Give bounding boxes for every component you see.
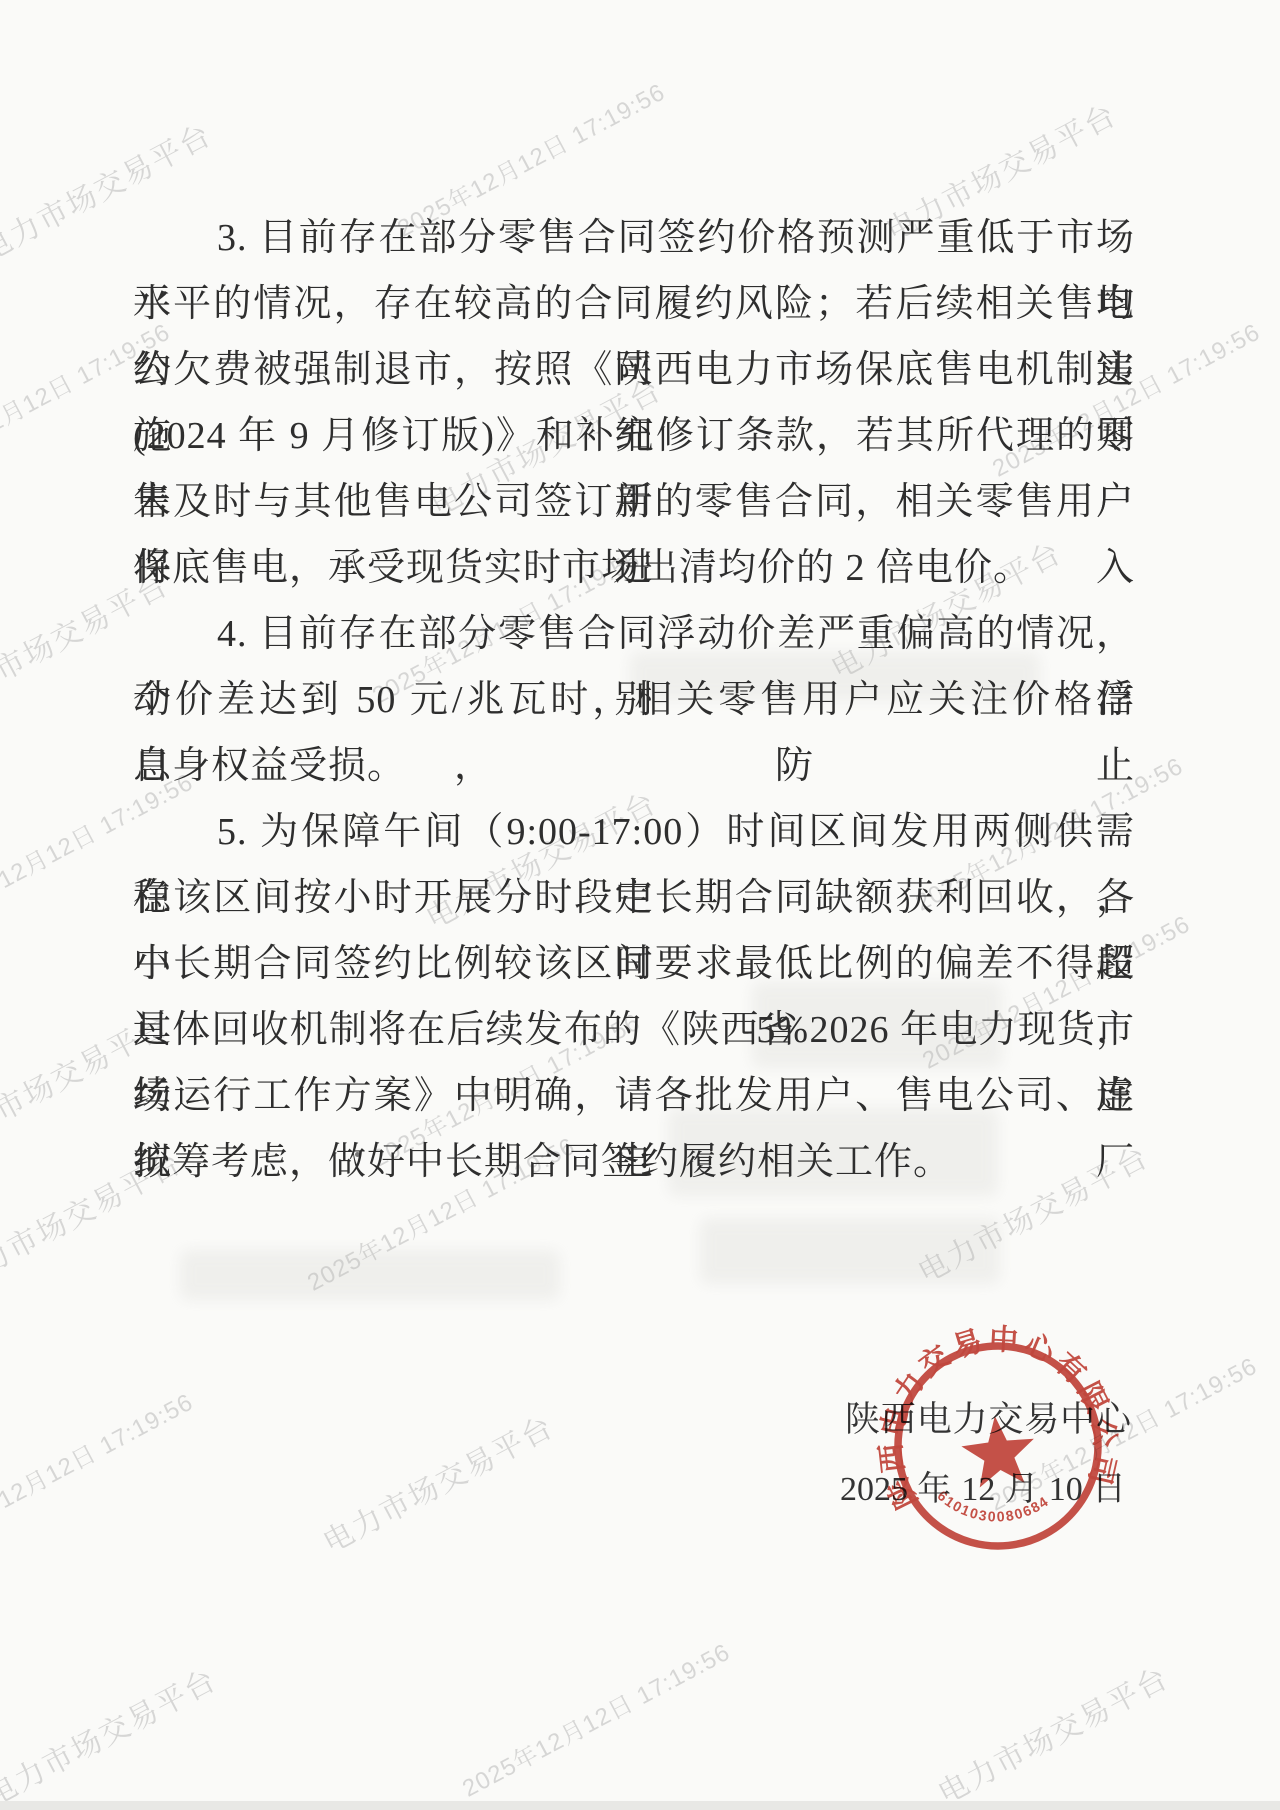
seal-outer-ring <box>888 1336 1108 1556</box>
watermark-timestamp-text: 2025年12月12日 17:19:56 <box>0 1382 198 1553</box>
body-line-paragraph-3: 3. 目前存在部分零售合同签约价格预测严重低于市场平均 <box>133 205 1135 271</box>
body-line-paragraph-3: (2024 年 9 月修订版)》和补充修订条款，若其所代理的零售用户 <box>133 403 1135 469</box>
bleed-through-smudge <box>180 1250 560 1300</box>
watermark-platform-text: 电力市场交易平台 <box>314 1402 561 1561</box>
body-line-paragraph-3: 保底售电，承受现货实时市场出清均价的 2 倍电价。 <box>133 535 1135 601</box>
body-line-paragraph-5: 在该区间按小时开展分时段中长期合同缺额获利回收，各小时段 <box>133 865 1135 931</box>
watermark-platform-text: 电力市场交易平台 <box>0 1655 223 1810</box>
body-line-paragraph-3: 约欠费被强制退市，按照《陕西电力市场保底售电机制实施细则 <box>133 337 1135 403</box>
scan-bottom-edge <box>0 1801 1280 1810</box>
body-line-paragraph-3: 未及时与其他售电公司签订新的零售合同，相关零售用户将进入 <box>133 469 1135 535</box>
official-red-seal: 陕西电力交易中心有限公司 6101030080684 <box>861 1309 1136 1584</box>
scanned-document-page: 电力市场交易平台2025年12月12日 17:19:56电力市场交易平台2025… <box>0 0 1280 1810</box>
body-line-paragraph-5: 续运行工作方案》中明确，请各批发用户、售电公司、虚拟电厂 <box>133 1063 1135 1129</box>
signature-date: 2025 年 12 月 10 日 <box>840 1468 1126 1512</box>
watermark-timestamp-text: 2025年12月12日 17:19:56 <box>455 1632 735 1803</box>
body-line-paragraph-3: 水平的情况，存在较高的合同履约风险；若后续相关售电公司违 <box>133 271 1135 337</box>
body-line-paragraph-4: 4. 目前存在部分零售合同浮动价差严重偏高的情况，个别浮 <box>133 601 1135 667</box>
signature-organization: 陕西电力交易中心 <box>845 1398 1131 1442</box>
body-line-paragraph-5: 中长期合同签约比例较该区间要求最低比例的偏差不得超过 5%， <box>133 931 1135 997</box>
document-body-text: 3. 目前存在部分零售合同签约价格预测严重低于市场平均水平的情况，存在较高的合同… <box>133 205 1135 1195</box>
watermark-platform-text: 电力市场交易平台 <box>929 1653 1176 1810</box>
body-line-paragraph-4: 动价差达到 50 元/兆瓦时，相关零售用户应关注价格信息，防止 <box>133 667 1135 733</box>
body-line-paragraph-5: 具体回收机制将在后续发布的《陕西省 2026 年电力现货市场连 <box>133 997 1135 1063</box>
body-line-paragraph-5: 5. 为保障午间（9:00-17:00）时间区间发用两侧供需稳定， <box>133 799 1135 865</box>
bleed-through-smudge <box>700 1218 1000 1284</box>
